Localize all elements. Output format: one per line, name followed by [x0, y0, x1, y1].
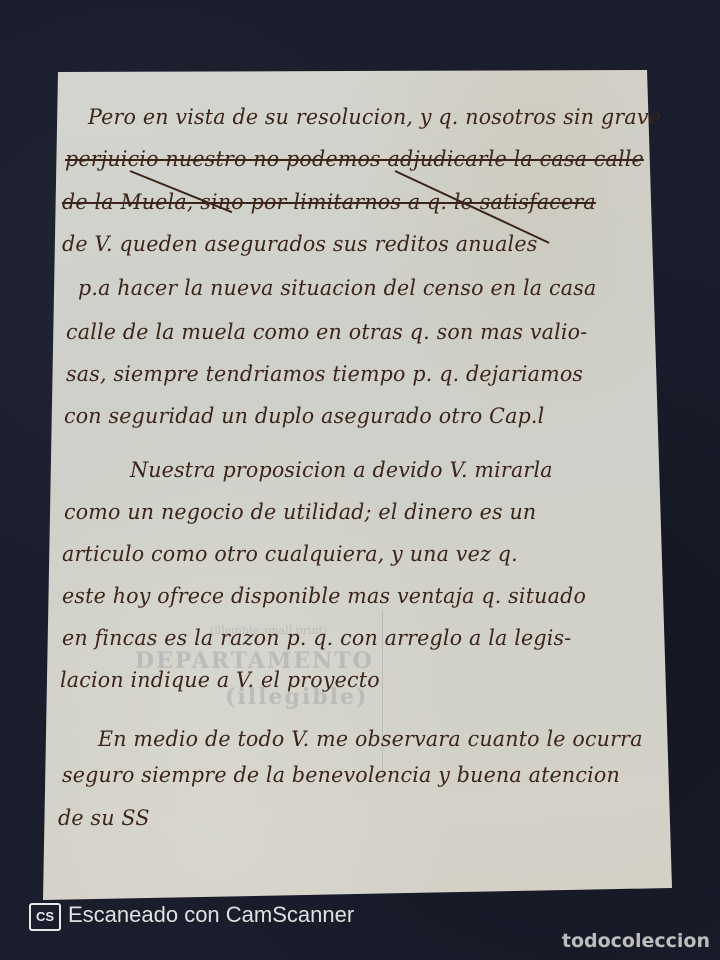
text-line: este hoy ofrece disponible mas ventaja q…	[62, 584, 586, 608]
camscanner-logo-icon: CS	[29, 903, 61, 931]
scanner-caption: Escaneado con CamScanner	[68, 902, 354, 928]
text-line: lacion indique a V. el proyecto	[60, 668, 380, 692]
text-line-struck: de la Muela, sino por limitarnos a q. le…	[62, 190, 596, 214]
site-watermark: todocoleccion	[562, 930, 710, 952]
text-line: con seguridad un duplo asegurado otro Ca…	[64, 404, 544, 428]
text-line: seguro siempre de la benevolencia y buen…	[62, 763, 620, 787]
text-line: articulo como otro cualquiera, y una vez…	[62, 542, 518, 566]
text-line: en fincas es la razon p. q. con arreglo …	[62, 626, 571, 650]
text-line: como un negocio de utilidad; el dinero e…	[64, 500, 536, 524]
text-line: calle de la muela como en otras q. son m…	[66, 320, 587, 344]
text-line: de su SS	[58, 806, 150, 830]
text-line: Pero en vista de su resolucion, y q. nos…	[88, 105, 661, 129]
text-line: de V. queden asegurados sus reditos anua…	[62, 232, 537, 256]
text-line: p.a hacer la nueva situacion del censo e…	[78, 276, 596, 300]
text-line: sas, siempre tendriamos tiempo p. q. dej…	[66, 362, 583, 386]
text-line: Nuestra proposicion a devido V. mirarla	[130, 458, 553, 482]
text-line-struck: perjuicio nuestro no podemos adjudicarle…	[65, 147, 644, 171]
text-line: En medio de todo V. me observara cuanto …	[98, 727, 643, 751]
